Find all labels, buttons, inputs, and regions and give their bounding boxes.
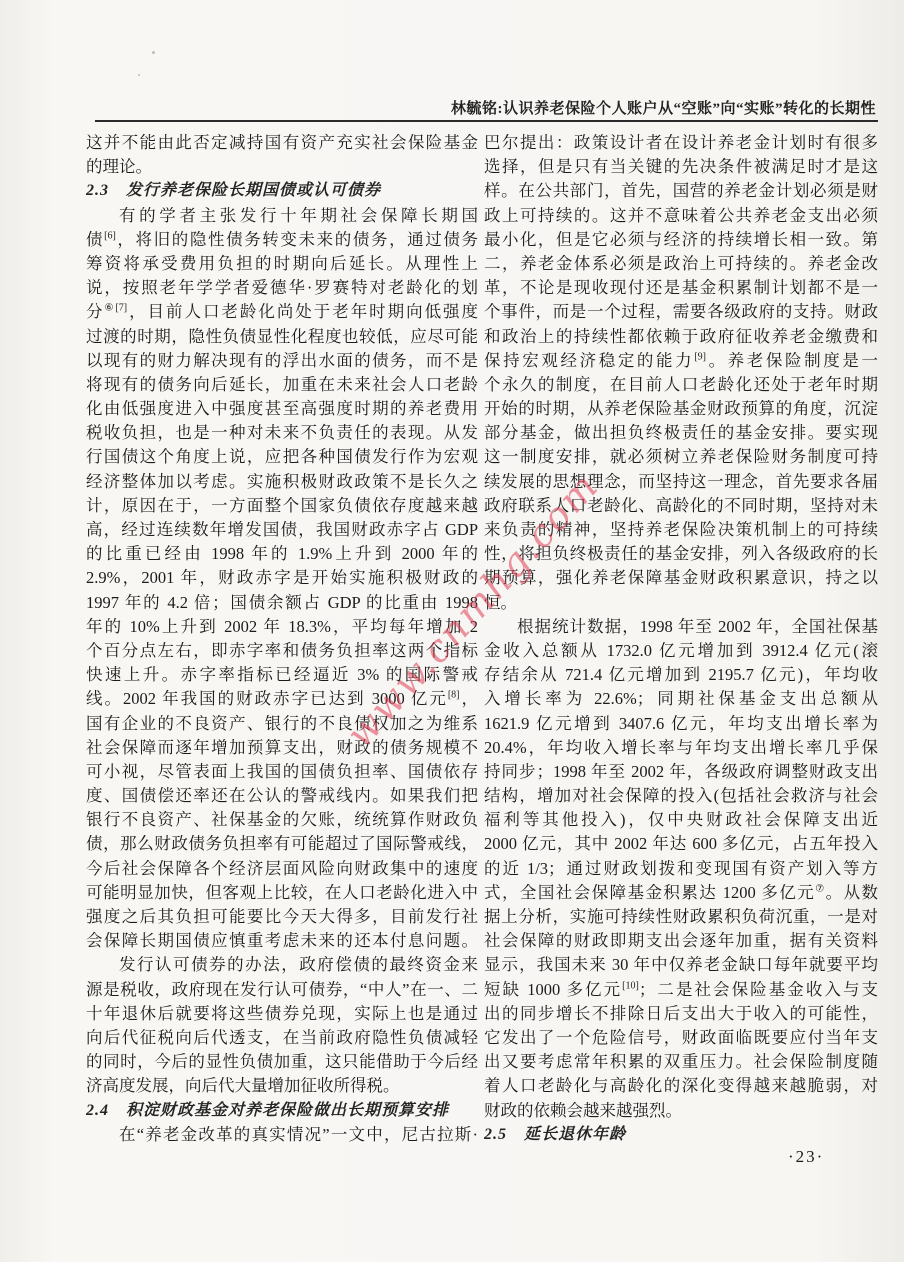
section-heading: 2.5 延长退休年龄	[484, 1123, 878, 1147]
text-line: 出的同步增长不排除日后支出大于收入的可能性，	[484, 1002, 878, 1026]
text-line: 高，经过连续数年增发国债，我国财政赤字占 GDP	[86, 518, 478, 542]
page-sheet: 林毓铭:认识养老保险个人账户从“空账”向“实账”转化的长期性 这并不能由此否定减…	[0, 0, 904, 1262]
section-heading: 2.4 积淀财政基金对养老保险做出长期预算安排	[86, 1099, 478, 1123]
text-line: 年的 10%上升到 2002 年 18.3%，平均每年增加 2	[86, 615, 478, 639]
text-line: 2.9%，2001 年，财政赤字是开始实施积极财政的	[86, 566, 478, 590]
text-line: 根据统计数据，1998 年至 2002 年，全国社保基	[484, 615, 878, 639]
text-line: 源是税收，政府现在发行认可债券，“中人”在一、二	[86, 978, 478, 1002]
text-line: 开始的时期，从养老保险基金财政预算的角度，沉淀	[484, 397, 878, 421]
text-line: 着人口老龄化与高龄化的深化变得越来越脆弱，对	[484, 1074, 878, 1098]
text-line: 期预算，强化养老保障基金财政积累意识，持之以	[484, 566, 878, 590]
text-line: 线。2002 年我国的财政赤字已达到 3000 亿元[8]，	[86, 687, 478, 711]
text-line: 财政的依赖会越来越强烈。	[484, 1099, 878, 1123]
text-line: 有的学者主张发行十年期社会保障长期国	[86, 204, 478, 228]
text-line: 结构，增加对社会保障的投入(包括社会救济与社会	[484, 784, 878, 808]
text-line: 据上分析，实施可持续性财政累积负荷沉重，一是对	[484, 905, 878, 929]
text-line: 政府联系人口老龄化、高龄化的不同时期，坚持对未	[484, 494, 878, 518]
text-line: 个永久的制度，在目前人口老龄化还处于老年时期	[484, 373, 878, 397]
text-line: 经济整体加以考虑。实施积极财政政策不是长久之	[86, 470, 478, 494]
text-line: 革，不论是现收现付还是基金积累制计划都不是一	[484, 276, 878, 300]
text-line: 分⑥[7]，目前人口老龄化尚处于老年时期向低强度	[86, 300, 478, 324]
text-line: 今后社会保障各个经济层面风险向财政集中的速度	[86, 857, 478, 881]
text-line: 会保障长期国债应慎重考虑未来的还本付息问题。	[86, 929, 478, 953]
text-line: 发行认可债券的办法，政府偿债的最终资金来	[86, 953, 478, 977]
text-line: 2000 亿元，其中 2002 年达 600 多亿元，占五年投入	[484, 832, 878, 856]
text-line: 来负责的精神，坚持养老保险决策机制上的可持续	[484, 518, 878, 542]
text-line: 巴尔提出：政策设计者在设计养老金计划时有很多	[484, 131, 878, 155]
section-heading: 2.3 发行养老保险长期国债或认可债券	[86, 179, 478, 203]
text-line: 存结余从 721.4 亿元增加到 2195.7 亿元)，年均收	[484, 663, 878, 687]
text-line: 社会保障而逐年增加预算支出，财政的债务规模不	[86, 736, 478, 760]
running-header: 林毓铭:认识养老保险个人账户从“空账”向“实账”转化的长期性	[0, 97, 876, 118]
text-line: 显示，我国未来 30 年中仅养老金缺口每年就要平均	[484, 953, 878, 977]
text-line: 1621.9 亿元增到 3407.6 亿元，年均支出增长率为	[484, 712, 878, 736]
text-line: 可小视，尽管表面上我国的国债负担率、国债依存	[86, 760, 478, 784]
scan-speck	[152, 51, 155, 54]
text-line: 强度之后其负担可能要比今天大得多，目前发行社	[86, 905, 478, 929]
text-line: 十年退休后就要将这些债券兑现，实际上也是通过	[86, 1002, 478, 1026]
text-line: 债，那么财政债务负担率有可能超过了国际警戒线，	[86, 832, 478, 856]
text-line: 筹资将承受费用负担的时期向后延长。从理性上	[86, 252, 478, 276]
text-line: 银行不良资产、社保基金的欠账，统统算作财政负	[86, 808, 478, 832]
text-line: 二，养老金体系必须是政治上可持续的。养老金改	[484, 252, 878, 276]
text-line: 样。在公共部门，首先，国营的养老金计划必须是财	[484, 179, 878, 203]
text-line: 化由低强度进入中强度甚至高强度时期的养老费用	[86, 397, 478, 421]
text-line: 续发展的思想理念，而坚持这一理念，首先要求各届	[484, 470, 878, 494]
text-line: 济高度发展，向后代大量增加征收所得税。	[86, 1074, 478, 1098]
text-line: 的近 1/3；通过财政划拨和变现国有资产划入等方	[484, 857, 878, 881]
text-line: 可能明显加快，但客观上比较，在人口老龄化进入中	[86, 881, 478, 905]
text-line: 以现有的财力解决现有的浮出水面的债务，而不是	[86, 349, 478, 373]
text-line: 20.4%，年均收入增长率与年均支出增长率几乎保	[484, 736, 878, 760]
text-line: 这一制度安排，就必须树立养老保险财务制度可持	[484, 445, 878, 469]
text-line: 在“养老金改革的真实情况”一文中，尼古拉斯·	[86, 1123, 478, 1147]
text-line: 快速上升。赤字率指标已经逼近 3% 的国际警戒	[86, 663, 478, 687]
text-line: 持同步；1998 年至 2002 年，各级政府调整财政支出	[484, 760, 878, 784]
text-line: 和政治上的持续性都依赖于政府征收养老金缴费和	[484, 325, 878, 349]
text-line: 性，将担负终极责任的基金安排，列入各级政府的长	[484, 542, 878, 566]
text-line: 这并不能由此否定减持国有资产充实社会保险基金	[86, 131, 478, 155]
text-line: 度、国债偿还率还在公认的警戒线内。如果我们把	[86, 784, 478, 808]
text-line: 入增长率为 22.6%；同期社保基金支出总额从	[484, 687, 878, 711]
text-line: 恒。	[484, 591, 878, 615]
text-line: 的比重已经由 1998 年的 1.9%上升到 2000 年的	[86, 542, 478, 566]
scan-speck	[138, 74, 140, 76]
text-line: 行国债这个角度上说，应把各种国债发行作为宏观	[86, 445, 478, 469]
text-line: 金收入总额从 1732.0 亿元增加到 3912.4 亿元(滚	[484, 639, 878, 663]
text-line: 社会保障的财政即期支出会逐年加重，据有关资料	[484, 929, 878, 953]
text-line: 式，全国社会保障基金积累达 1200 多亿元⑦。从数	[484, 881, 878, 905]
text-line: 选择，但是只有当关键的先决条件被满足时才是这	[484, 155, 878, 179]
text-line: 保持宏观经济稳定的能力[9]。养老保险制度是一	[484, 349, 878, 373]
left-column: 这并不能由此否定减持国有资产充实社会保险基金的理论。2.3 发行养老保险长期国债…	[86, 131, 478, 1147]
text-line: 的理论。	[86, 155, 478, 179]
text-line: 计，原因在于，一方面整个国家负债依存度越来越	[86, 494, 478, 518]
text-line: 向后代征税向后代透支，在当前政府隐性负债减轻	[86, 1026, 478, 1050]
right-column: 巴尔提出：政策设计者在设计养老金计划时有很多选择，但是只有当关键的先决条件被满足…	[484, 131, 878, 1147]
text-line: 税收负担，也是一种对未来不负责任的表现。从发	[86, 421, 478, 445]
text-line: 国有企业的不良资产、银行的不良债权加之为维系	[86, 712, 478, 736]
header-rule	[95, 120, 878, 122]
text-line: 它发出了一个危险信号，财政面临既要应付当年支	[484, 1026, 878, 1050]
text-line: 的同时，今后的显性负债加重，这只能借助于今后经	[86, 1050, 478, 1074]
text-line: 个事件，而是一个过程，需要各级政府的支持。财政	[484, 300, 878, 324]
text-line: 政上可持续的。这并不意味着公共养老金支出必须	[484, 204, 878, 228]
text-line: 债[6]，将旧的隐性债务转变未来的债务，通过债务	[86, 228, 478, 252]
text-line: 过渡的时期，隐性负债显性化程度也较低，应尽可能	[86, 325, 478, 349]
text-line: 个百分点左右，即赤字率和债务负担率这两个指标	[86, 639, 478, 663]
text-line: 部分基金，做出担负终极责任的基金安排。要实现	[484, 421, 878, 445]
page-number: ·23·	[788, 1147, 824, 1167]
text-line: 说，按照老年学学者爱德华·罗赛特对老龄化的划	[86, 276, 478, 300]
text-line: 福利等其他投入)，仅中央财政社会保障支出近	[484, 808, 878, 832]
text-line: 出又要考虑常年积累的双重压力。社会保险制度随	[484, 1050, 878, 1074]
text-line: 最小化，但是它必须与经济的持续增长相一致。第	[484, 228, 878, 252]
text-line: 短缺 1000 多亿元[10]；二是社会保险基金收入与支	[484, 978, 878, 1002]
text-line: 1997 年的 4.2 倍；国债余额占 GDP 的比重由 1998	[86, 591, 478, 615]
text-line: 将现有的债务向后延长，加重在未来社会人口老龄	[86, 373, 478, 397]
